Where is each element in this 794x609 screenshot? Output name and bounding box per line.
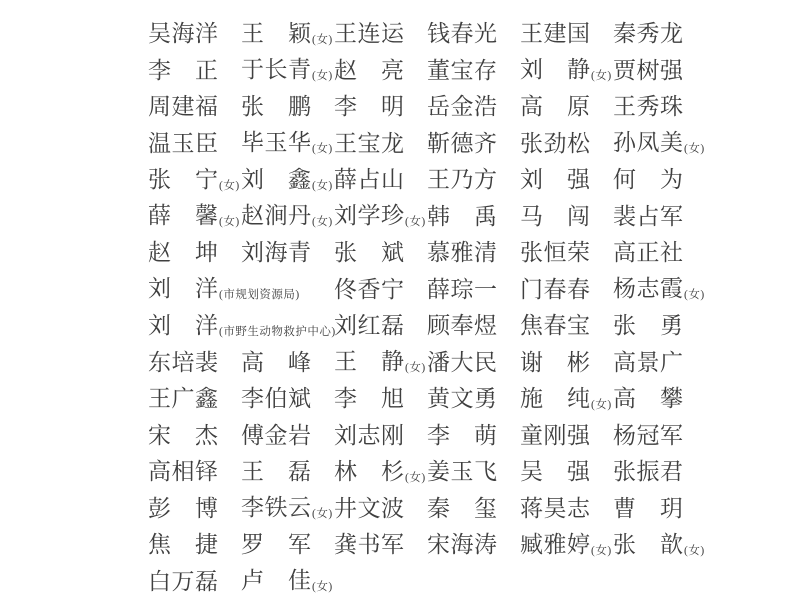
name-entry: 刘红磊 [334,314,427,338]
name-entry: 卢佳(女) [241,569,334,594]
person-name: 周建福 [148,95,218,118]
name-entry: 王宝龙 [334,132,427,156]
person-name: 刘洋 [148,314,218,337]
name-entry: 毕玉华(女) [241,131,334,156]
name-entry: 张恒荣 [520,241,613,265]
roster-row: 白万磊卢佳(女) [148,564,708,601]
name-entry: 张振君 [613,460,706,484]
name-entry: 薛琮一 [427,278,520,302]
name-entry: 罗军 [241,533,334,557]
name-entry: 何为 [613,168,706,192]
name-entry: 王连运 [334,22,427,46]
person-name: 王静 [334,350,404,373]
person-name: 李伯斌 [241,387,311,410]
person-name: 焦捷 [148,533,218,556]
person-name: 张恒荣 [520,241,590,264]
person-name: 刘洋 [148,277,218,300]
name-entry: 杨冠军 [613,424,706,448]
person-name: 刘学珍 [334,204,404,227]
name-entry: 李铁云(女) [241,496,334,521]
person-name: 赵涧丹 [241,204,311,227]
roster-row: 周建福张鹏李明岳金浩高原王秀珠 [148,89,708,126]
person-name: 薛琮一 [427,278,497,301]
person-name: 臧雅婷 [520,533,590,556]
person-name: 温玉臣 [148,132,218,155]
name-entry: 薛占山 [334,168,427,192]
roster-row: 宋杰傅金岩刘志刚李萌童刚强杨冠军 [148,418,708,455]
name-entry: 蒋昊志 [520,497,613,521]
female-marker: (女) [683,143,705,155]
person-name: 薛馨 [148,204,218,227]
affiliation-note: (市规划资源局) [218,289,300,301]
person-name: 白万磊 [148,570,218,593]
name-entry: 岳金浩 [427,95,520,119]
name-entry: 高攀 [613,387,706,411]
name-entry: 刘海青 [241,241,334,265]
female-marker: (女) [404,216,426,228]
name-entry: 龚书军 [334,533,427,557]
person-name: 井文波 [334,497,404,520]
roster-row: 吴海洋王颖(女)王连运钱春光王建国秦秀龙 [148,16,708,53]
person-name: 王建国 [520,22,590,45]
person-name: 贾树强 [613,59,683,82]
person-name: 何为 [613,168,683,191]
name-entry: 赵涧丹(女) [241,204,334,229]
name-entry: 施纯(女) [520,387,613,412]
person-name: 焦春宝 [520,314,590,337]
person-name: 李明 [334,95,404,118]
roster-row: 刘洋(市野生动物救护中心)刘红磊顾奉煜焦春宝张勇 [148,308,708,345]
female-marker: (女) [590,70,612,82]
person-name: 张勇 [613,314,683,337]
name-entry: 刘鑫(女) [241,168,334,193]
name-entry: 王磊 [241,460,334,484]
person-name: 岳金浩 [427,95,497,118]
person-name: 吴强 [520,460,590,483]
name-entry: 赵亮 [334,59,427,83]
name-entry: 马闯 [520,205,613,229]
person-name: 张斌 [334,241,404,264]
name-entry: 刘洋(市野生动物救护中心) [148,314,334,339]
name-entry: 刘学珍(女) [334,204,427,229]
person-name: 刘红磊 [334,314,404,337]
person-name: 赵亮 [334,59,404,82]
roster-row: 彭博李铁云(女)井文波秦玺蒋昊志曹玥 [148,491,708,528]
name-entry: 刘强 [520,168,613,192]
person-name: 罗军 [241,533,311,556]
person-name: 蒋昊志 [520,497,590,520]
name-entry: 宋杰 [148,424,241,448]
document-page: 吴海洋王颖(女)王连运钱春光王建国秦秀龙李正于长青(女)赵亮董宝存刘静(女)贾树… [0,0,794,609]
person-name: 林杉 [334,460,404,483]
person-name: 高攀 [613,387,683,410]
name-entry: 刘志刚 [334,424,427,448]
name-entry: 高原 [520,95,613,119]
name-entry: 童刚强 [520,424,613,448]
name-entry: 周建福 [148,95,241,119]
roster-row: 薛馨(女)赵涧丹(女)刘学珍(女)韩禹马闯裴占军 [148,199,708,236]
person-name: 李正 [148,59,218,82]
female-marker: (女) [311,143,333,155]
person-name: 于长青 [241,58,311,81]
female-marker: (女) [311,180,333,192]
name-entry: 井文波 [334,497,427,521]
roster-row: 张宁(女)刘鑫(女)薛占山王乃方刘强何为 [148,162,708,199]
female-marker: (女) [311,34,333,46]
female-marker: (女) [311,70,333,82]
person-name: 张歆 [613,533,683,556]
person-name: 刘鑫 [241,168,311,191]
person-name: 张鹏 [241,95,311,118]
name-entry: 东培裴 [148,351,241,375]
person-name: 刘志刚 [334,424,404,447]
female-marker: (女) [311,216,333,228]
female-marker: (女) [218,180,240,192]
person-name: 董宝存 [427,59,497,82]
person-name: 高景广 [613,351,683,374]
name-entry: 秦秀龙 [613,22,706,46]
female-marker: (女) [404,362,426,374]
name-entry: 焦捷 [148,533,241,557]
person-name: 童刚强 [520,424,590,447]
name-entry: 曹玥 [613,497,706,521]
female-marker: (女) [683,545,705,557]
person-name: 刘强 [520,168,590,191]
person-name: 慕雅清 [427,241,497,264]
name-entry: 傅金岩 [241,424,334,448]
person-name: 王秀珠 [613,95,683,118]
name-roster: 吴海洋王颖(女)王连运钱春光王建国秦秀龙李正于长青(女)赵亮董宝存刘静(女)贾树… [148,16,708,600]
roster-row: 赵坤刘海青张斌慕雅清张恒荣高正社 [148,235,708,272]
name-entry: 钱春光 [427,22,520,46]
roster-row: 王广鑫李伯斌李旭黄文勇施纯(女)高攀 [148,381,708,418]
name-entry: 董宝存 [427,59,520,83]
person-name: 王广鑫 [148,387,218,410]
person-name: 张劲松 [520,132,590,155]
person-name: 王连运 [334,22,404,45]
person-name: 秦玺 [427,497,497,520]
name-entry: 林杉(女) [334,460,427,485]
name-entry: 宋海涛 [427,533,520,557]
female-marker: (女) [404,472,426,484]
name-entry: 张鹏 [241,95,334,119]
person-name: 黄文勇 [427,387,497,410]
name-entry: 吴强 [520,460,613,484]
name-entry: 高峰 [241,351,334,375]
name-entry: 高正社 [613,241,706,265]
person-name: 张宁 [148,168,218,191]
person-name: 韩禹 [427,205,497,228]
person-name: 薛占山 [334,168,404,191]
person-name: 彭博 [148,497,218,520]
name-entry: 李旭 [334,387,427,411]
person-name: 赵坤 [148,241,218,264]
person-name: 李铁云 [241,496,311,519]
name-entry: 韩禹 [427,205,520,229]
name-entry: 靳德齐 [427,132,520,156]
person-name: 佟香宁 [334,278,404,301]
person-name: 龚书军 [334,533,404,556]
name-entry: 裴占军 [613,205,706,229]
person-name: 施纯 [520,387,590,410]
name-entry: 李明 [334,95,427,119]
name-entry: 张斌 [334,241,427,265]
person-name: 孙凤美 [613,131,683,154]
name-entry: 李萌 [427,424,520,448]
person-name: 李旭 [334,387,404,410]
female-marker: (女) [311,581,333,593]
person-name: 傅金岩 [241,424,311,447]
person-name: 张振君 [613,460,683,483]
person-name: 裴占军 [613,205,683,228]
roster-row: 温玉臣毕玉华(女)王宝龙靳德齐张劲松孙凤美(女) [148,126,708,163]
person-name: 宋海涛 [427,533,497,556]
name-entry: 焦春宝 [520,314,613,338]
name-entry: 彭博 [148,497,241,521]
person-name: 毕玉华 [241,131,311,154]
person-name: 王乃方 [427,168,497,191]
name-entry: 王颖(女) [241,22,334,47]
name-entry: 王乃方 [427,168,520,192]
name-entry: 王静(女) [334,350,427,375]
name-entry: 张劲松 [520,132,613,156]
name-entry: 李伯斌 [241,387,334,411]
name-entry: 张宁(女) [148,168,241,193]
name-entry: 秦玺 [427,497,520,521]
name-entry: 潘大民 [427,351,520,375]
person-name: 曹玥 [613,497,683,520]
person-name: 王宝龙 [334,132,404,155]
roster-row: 高相铎王磊林杉(女)姜玉飞吴强张振君 [148,454,708,491]
name-entry: 孙凤美(女) [613,131,706,156]
person-name: 卢佳 [241,569,311,592]
person-name: 东培裴 [148,351,218,374]
person-name: 王颖 [241,22,311,45]
female-marker: (女) [683,289,705,301]
person-name: 顾奉煜 [427,314,497,337]
person-name: 潘大民 [427,351,497,374]
person-name: 王磊 [241,460,311,483]
name-entry: 慕雅清 [427,241,520,265]
name-entry: 吴海洋 [148,22,241,46]
name-entry: 李正 [148,59,241,83]
name-entry: 张勇 [613,314,706,338]
name-entry: 高相铎 [148,460,241,484]
female-marker: (女) [590,399,612,411]
person-name: 门春春 [520,278,590,301]
name-entry: 佟香宁 [334,278,427,302]
name-entry: 顾奉煜 [427,314,520,338]
name-entry: 谢彬 [520,351,613,375]
roster-row: 刘洋(市规划资源局)佟香宁薛琮一门春春杨志霞(女) [148,272,708,309]
name-entry: 臧雅婷(女) [520,533,613,558]
name-entry: 贾树强 [613,59,706,83]
name-entry: 门春春 [520,278,613,302]
person-name: 李萌 [427,424,497,447]
person-name: 宋杰 [148,424,218,447]
person-name: 马闯 [520,205,590,228]
roster-row: 焦捷罗军龚书军宋海涛臧雅婷(女)张歆(女) [148,527,708,564]
name-entry: 姜玉飞 [427,460,520,484]
person-name: 谢彬 [520,351,590,374]
name-entry: 高景广 [613,351,706,375]
person-name: 刘海青 [241,241,311,264]
affiliation-note: (市野生动物救护中心) [218,326,336,338]
person-name: 吴海洋 [148,22,218,45]
person-name: 姜玉飞 [427,460,497,483]
name-entry: 温玉臣 [148,132,241,156]
name-entry: 王广鑫 [148,387,241,411]
person-name: 钱春光 [427,22,497,45]
person-name: 秦秀龙 [613,22,683,45]
name-entry: 张歆(女) [613,533,706,558]
person-name: 高峰 [241,351,311,374]
name-entry: 王秀珠 [613,95,706,119]
name-entry: 薛馨(女) [148,204,241,229]
name-entry: 白万磊 [148,570,241,594]
person-name: 杨冠军 [613,424,683,447]
person-name: 靳德齐 [427,132,497,155]
name-entry: 刘洋(市规划资源局) [148,277,334,302]
person-name: 高相铎 [148,460,218,483]
name-entry: 刘静(女) [520,58,613,83]
person-name: 杨志霞 [613,277,683,300]
name-entry: 于长青(女) [241,58,334,83]
female-marker: (女) [311,508,333,520]
roster-row: 李正于长青(女)赵亮董宝存刘静(女)贾树强 [148,53,708,90]
roster-row: 东培裴高峰王静(女)潘大民谢彬高景广 [148,345,708,382]
name-entry: 黄文勇 [427,387,520,411]
person-name: 高原 [520,95,590,118]
name-entry: 赵坤 [148,241,241,265]
female-marker: (女) [590,545,612,557]
person-name: 刘静 [520,58,590,81]
name-entry: 杨志霞(女) [613,277,706,302]
name-entry: 王建国 [520,22,613,46]
female-marker: (女) [218,216,240,228]
person-name: 高正社 [613,241,683,264]
